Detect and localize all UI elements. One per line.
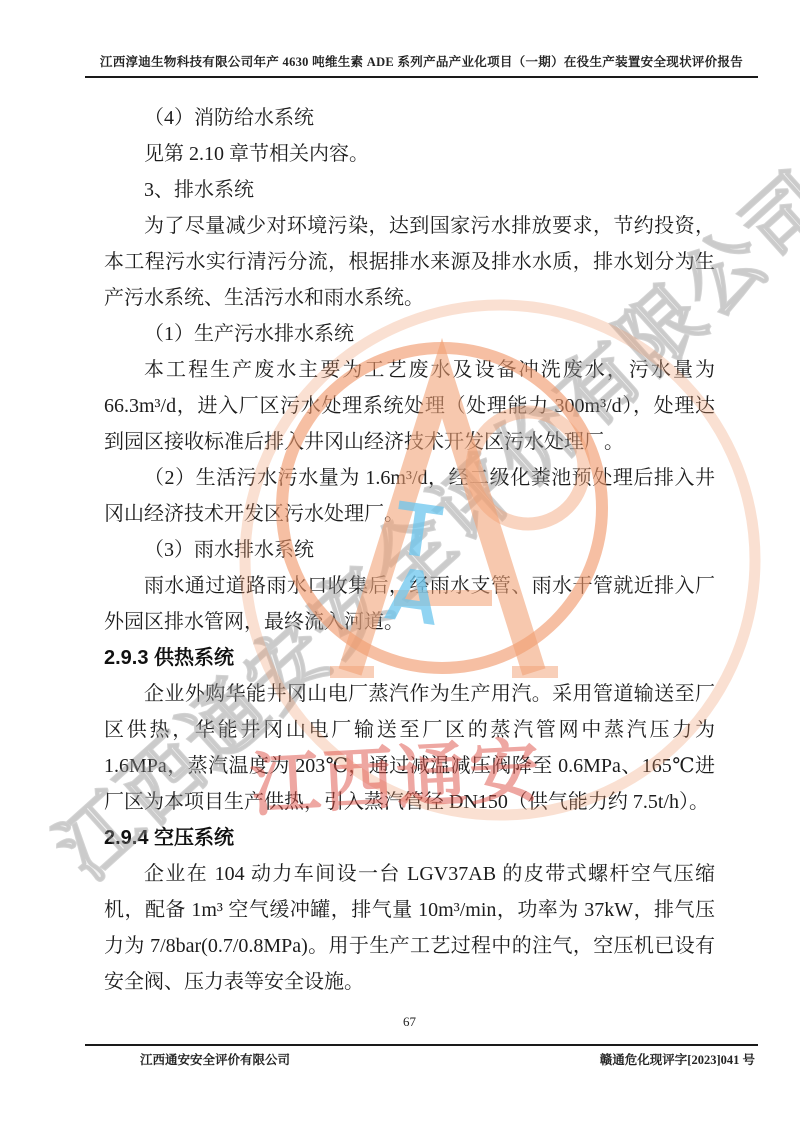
section-heading-heating-system: 2.9.3 供热系统 xyxy=(104,640,715,676)
document-body: （4）消防给水系统 见第 2.10 章节相关内容。 3、排水系统 为了尽量减少对… xyxy=(104,100,715,1000)
section-heading-air-compression-system: 2.9.4 空压系统 xyxy=(104,820,715,856)
paragraph: 本工程生产废水主要为工艺废水及设备冲洗废水，污水量为 66.3m³/d，进入厂区… xyxy=(104,352,715,460)
paragraph: 企业在 104 动力车间设一台 LGV37AB 的皮带式螺杆空气压缩机，配备 1… xyxy=(104,856,715,1000)
report-title: 江西淳迪生物科技有限公司年产 4630 吨维生素 ADE 系列产品产业化项目（一… xyxy=(85,52,758,70)
paragraph: 企业外购华能井冈山电厂蒸汽作为生产用汽。采用管道输送至厂区供热，华能井冈山电厂输… xyxy=(104,676,715,820)
page-header: 江西淳迪生物科技有限公司年产 4630 吨维生素 ADE 系列产品产业化项目（一… xyxy=(85,52,758,70)
footer-document-number: 赣通危化现评字[2023]041 号 xyxy=(600,1050,755,1068)
footer-company-name: 江西通安安全评价有限公司 xyxy=(140,1050,290,1068)
header-divider xyxy=(85,76,758,78)
footer-divider xyxy=(85,1044,758,1046)
report-page: 江西淳迪生物科技有限公司年产 4630 吨维生素 ADE 系列产品产业化项目（一… xyxy=(0,0,800,1131)
paragraph: 3、排水系统 xyxy=(104,172,715,208)
paragraph: 见第 2.10 章节相关内容。 xyxy=(104,136,715,172)
page-number: 67 xyxy=(104,1014,715,1030)
paragraph: （4）消防给水系统 xyxy=(104,100,715,136)
paragraph: （2）生活污水污水量为 1.6m³/d，经二级化粪池预处理后排入井冈山经济技术开… xyxy=(104,460,715,532)
paragraph: （1）生产污水排水系统 xyxy=(104,316,715,352)
paragraph: 为了尽量减少对环境污染，达到国家污水排放要求，节约投资，本工程污水实行清污分流，… xyxy=(104,208,715,316)
paragraph: （3）雨水排水系统 xyxy=(104,532,715,568)
paragraph: 雨水通过道路雨水口收集后，经雨水支管、雨水干管就近排入厂外园区排水管网，最终流入… xyxy=(104,568,715,640)
